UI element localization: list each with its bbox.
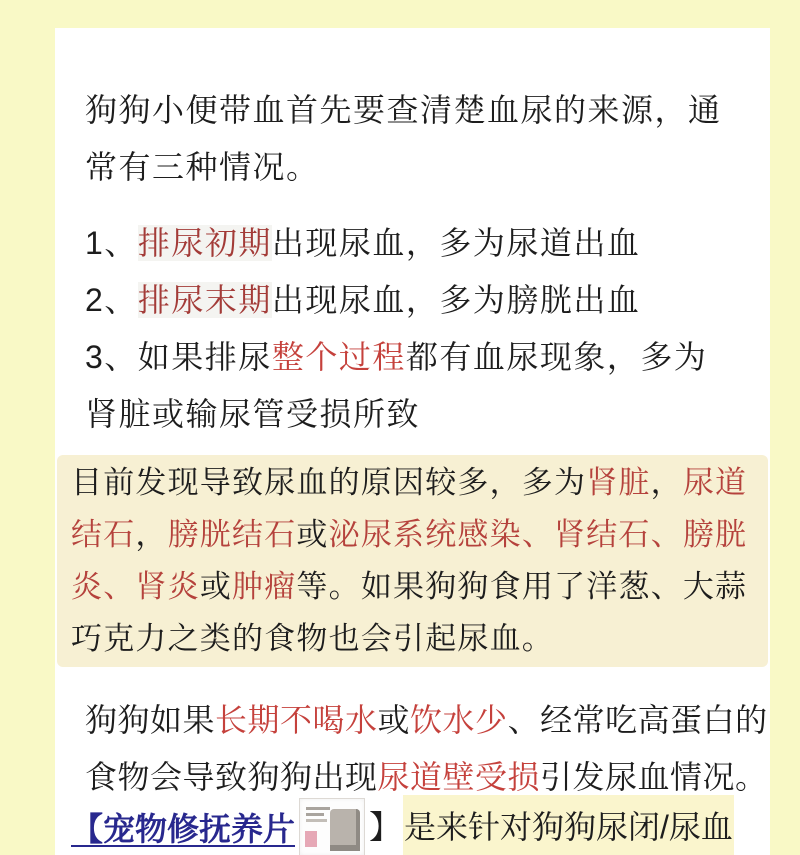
thumbnail-text-line [306, 807, 330, 810]
thumbnail-text-line [306, 819, 327, 822]
emphasis-term: 饮水少 [410, 702, 508, 738]
emphasis-term: 膀胱结石 [168, 517, 297, 552]
emphasis-term: 肾脏 [586, 465, 650, 500]
emphasis-term: 排尿初期 [138, 225, 272, 261]
box-line-3: 炎、肾炎或肿瘤等。如果狗狗食用了洋葱、大蒜 [71, 561, 754, 613]
closing-bracket: 】 [369, 798, 401, 855]
thumbnail-dog-photo [330, 809, 360, 851]
emphasis-term: 肿瘤 [232, 569, 296, 604]
box-line-1: 目前发现导致尿血的原因较多，多为肾脏，尿道 [71, 457, 754, 509]
thumbnail-label [305, 831, 317, 847]
intro-line-1: 狗狗小便带血首先要查清楚血尿的来源，通 [85, 82, 742, 139]
article-page: { "meta": { "language": "zh-CN", "descri… [0, 0, 800, 855]
emphasis-term: 整个过程 [272, 339, 406, 375]
content-card: 狗狗小便带血首先要查清楚血尿的来源，通 常有三种情况。 1、排尿初期出现尿血，多… [55, 28, 770, 855]
hydration-line-1: 狗狗如果长期不喝水或饮水少、经常吃高蛋白的 [85, 692, 742, 749]
list-item-1: 1、排尿初期出现尿血，多为尿道出血 [85, 215, 742, 272]
emphasis-term: 长期不喝水 [215, 702, 378, 738]
emphasis-term: 尿道 [683, 465, 747, 500]
intro-paragraph: 狗狗小便带血首先要查清楚血尿的来源，通 常有三种情况。 [85, 82, 742, 196]
thumbnail-text-line [306, 813, 324, 816]
cause-list: 1、排尿初期出现尿血，多为尿道出血 2、排尿末期出现尿血，多为膀胱出血 3、如果… [85, 215, 742, 443]
hydration-paragraph: 狗狗如果长期不喝水或饮水少、经常吃高蛋白的 食物会导致狗狗出现尿道壁受损引发尿血… [85, 692, 742, 806]
list-item-2: 2、排尿末期出现尿血，多为膀胱出血 [85, 272, 742, 329]
box-line-4: 巧克力之类的食物也会引起尿血。 [71, 613, 754, 665]
product-link[interactable]: 【宠物修抚养片 [71, 804, 295, 850]
highlighted-text: 是来针对狗狗尿闭/尿血 [403, 795, 734, 855]
list-item-3-line-2: 肾脏或输尿管受损所致 [85, 386, 742, 443]
emphasis-term: 泌尿系统感染、肾结石、膀胱 [329, 517, 748, 552]
product-line: 【宠物修抚养片 】 是来针对狗狗尿闭/尿血 [71, 798, 742, 855]
emphasis-term: 尿道壁受损 [378, 759, 541, 795]
intro-line-2: 常有三种情况。 [85, 139, 742, 196]
emphasis-term: 结石 [71, 517, 135, 552]
emphasis-term: 炎、肾炎 [71, 569, 200, 604]
emphasis-term: 排尿末期 [138, 282, 272, 318]
causes-highlight-box: 目前发现导致尿血的原因较多，多为肾脏，尿道 结石，膀胱结石或泌尿系统感染、肾结石… [57, 455, 768, 667]
box-line-2: 结石，膀胱结石或泌尿系统感染、肾结石、膀胱 [71, 509, 754, 561]
list-item-3-line-1: 3、如果排尿整个过程都有血尿现象，多为 [85, 329, 742, 386]
product-thumbnail-image[interactable] [299, 798, 365, 855]
